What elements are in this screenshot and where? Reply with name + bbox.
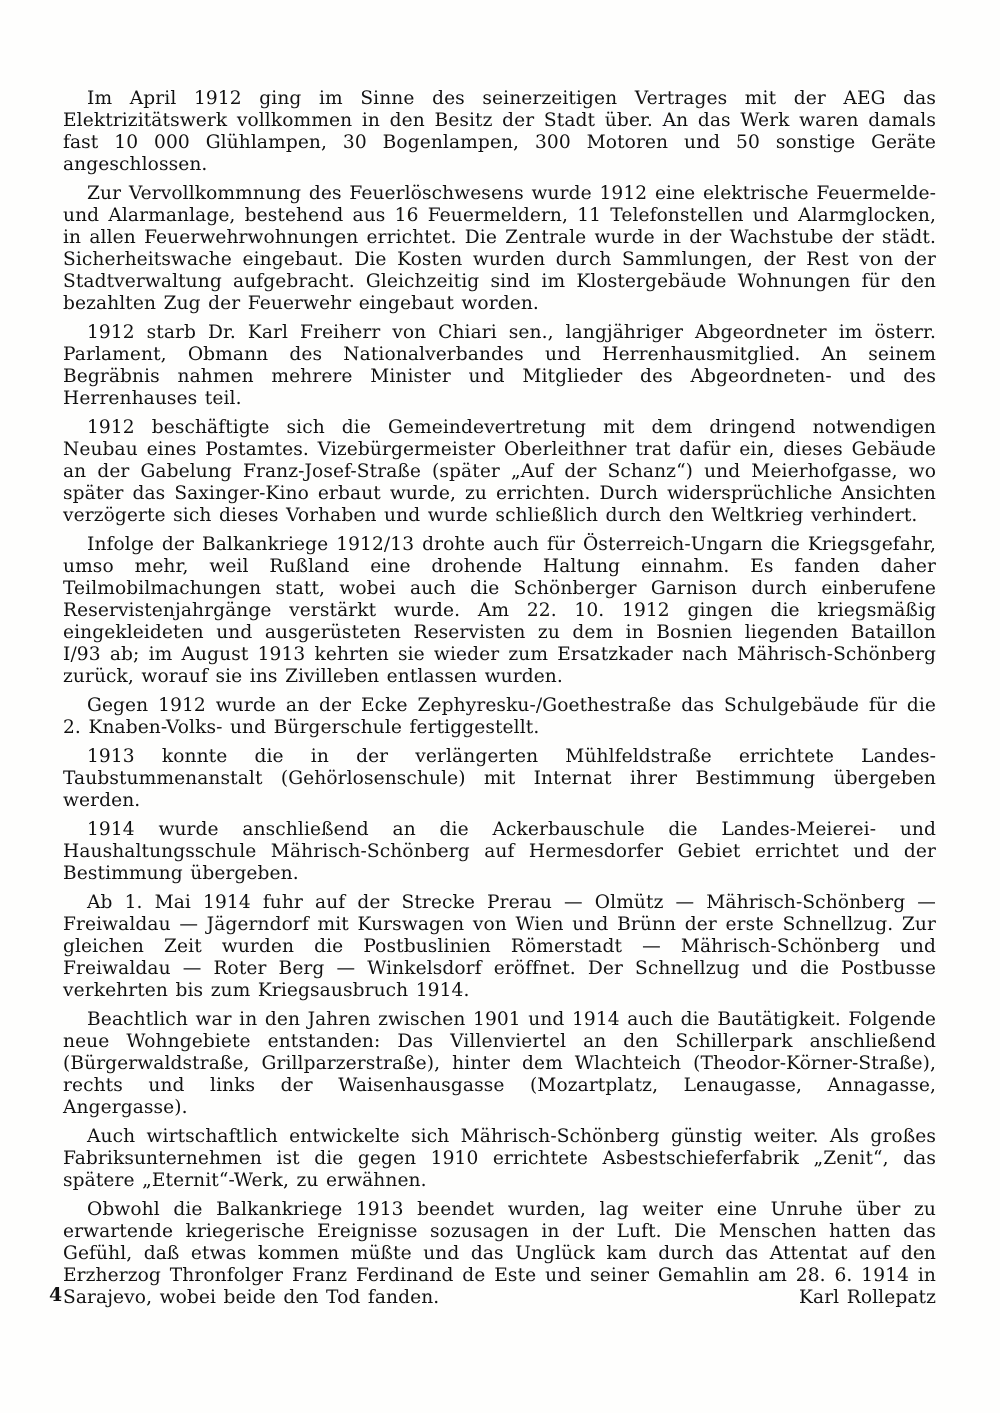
paragraph: Beachtlich war in den Jahren zwischen 19…: [63, 1009, 936, 1119]
paragraph: 1914 wurde anschließend an die Ackerbaus…: [63, 819, 936, 885]
paragraph: Obwohl die Balkankriege 1913 beendet wur…: [63, 1199, 936, 1309]
author-signature: Karl Rollepatz: [799, 1287, 936, 1309]
page-number: 4: [49, 1284, 62, 1306]
paragraph: Ab 1. Mai 1914 fuhr auf der Strecke Prer…: [63, 892, 936, 1002]
paragraph: Gegen 1912 wurde an der Ecke Zephyresku-…: [63, 695, 936, 739]
paragraph: Zur Vervollkommnung des Feuerlöschwesens…: [63, 183, 936, 315]
paragraph: 1913 konnte die in der verlängerten Mühl…: [63, 746, 936, 812]
book-page: Im April 1912 ging im Sinne des seinerze…: [0, 0, 1000, 1413]
paragraph: 1912 beschäftigte sich die Gemeindevertr…: [63, 417, 936, 527]
paragraph: Auch wirtschaftlich entwickelte sich Mäh…: [63, 1126, 936, 1192]
paragraph: Im April 1912 ging im Sinne des seinerze…: [63, 88, 936, 176]
paragraph: 1912 starb Dr. Karl Freiherr von Chiari …: [63, 322, 936, 410]
paragraph: Infolge der Balkankriege 1912/13 drohte …: [63, 534, 936, 688]
page-body: Im April 1912 ging im Sinne des seinerze…: [63, 88, 936, 1316]
